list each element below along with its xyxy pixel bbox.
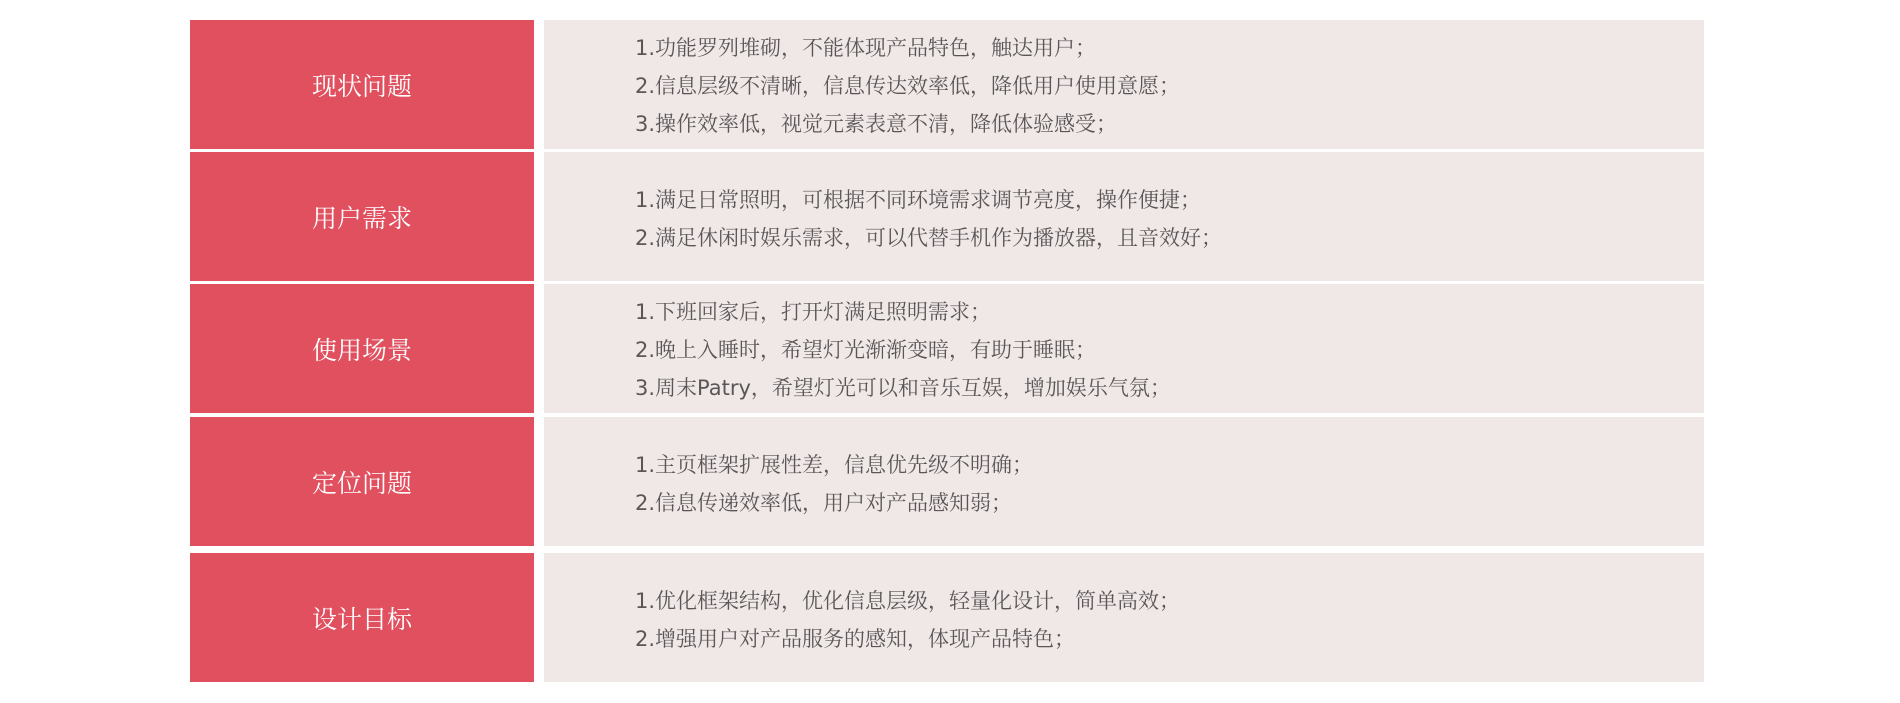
- row-design-goals: 设计目标 1.优化框架结构，优化信息层级，轻量化设计，简单高效； 2.增强用户对…: [190, 553, 1704, 682]
- list-item: 2.晚上入睡时，希望灯光渐渐变暗，有助于睡眠；: [635, 331, 1171, 369]
- row-label: 使用场景: [312, 331, 412, 367]
- list-item: 2.信息层级不清晰，信息传达效率低，降低用户使用意愿；: [635, 67, 1180, 105]
- item-list: 1.优化框架结构，优化信息层级，轻量化设计，简单高效； 2.增强用户对产品服务的…: [635, 582, 1180, 658]
- content-cell: 1.主页框架扩展性差，信息优先级不明确； 2.信息传递效率低，用户对产品感知弱；: [544, 417, 1704, 546]
- list-item: 1.主页框架扩展性差，信息优先级不明确；: [635, 446, 1033, 484]
- list-item: 2.增强用户对产品服务的感知，体现产品特色；: [635, 620, 1180, 658]
- content-cell: 1.优化框架结构，优化信息层级，轻量化设计，简单高效； 2.增强用户对产品服务的…: [544, 553, 1704, 682]
- row-label: 用户需求: [312, 199, 412, 235]
- content-cell: 1.满足日常照明，可根据不同环境需求调节亮度，操作便捷； 2.满足休闲时娱乐需求…: [544, 152, 1704, 281]
- label-cell: 设计目标: [190, 553, 534, 682]
- list-item: 1.功能罗列堆砌，不能体现产品特色，触达用户；: [635, 29, 1180, 67]
- row-label: 现状问题: [312, 67, 412, 103]
- list-item: 1.下班回家后，打开灯满足照明需求；: [635, 293, 1171, 331]
- row-user-needs: 用户需求 1.满足日常照明，可根据不同环境需求调节亮度，操作便捷； 2.满足休闲…: [190, 152, 1704, 281]
- item-list: 1.功能罗列堆砌，不能体现产品特色，触达用户； 2.信息层级不清晰，信息传达效率…: [635, 29, 1180, 143]
- row-label: 设计目标: [312, 600, 412, 636]
- list-item: 1.满足日常照明，可根据不同环境需求调节亮度，操作便捷；: [635, 181, 1222, 219]
- content-cell: 1.功能罗列堆砌，不能体现产品特色，触达用户； 2.信息层级不清晰，信息传达效率…: [544, 20, 1704, 149]
- row-current-problems: 现状问题 1.功能罗列堆砌，不能体现产品特色，触达用户； 2.信息层级不清晰，信…: [190, 20, 1704, 149]
- list-item: 3.操作效率低，视觉元素表意不清，降低体验感受；: [635, 105, 1180, 143]
- item-list: 1.满足日常照明，可根据不同环境需求调节亮度，操作便捷； 2.满足休闲时娱乐需求…: [635, 181, 1222, 257]
- label-cell: 用户需求: [190, 152, 534, 281]
- list-item: 2.满足休闲时娱乐需求，可以代替手机作为播放器，且音效好；: [635, 219, 1222, 257]
- content-cell: 1.下班回家后，打开灯满足照明需求； 2.晚上入睡时，希望灯光渐渐变暗，有助于睡…: [544, 284, 1704, 413]
- item-list: 1.下班回家后，打开灯满足照明需求； 2.晚上入睡时，希望灯光渐渐变暗，有助于睡…: [635, 293, 1171, 407]
- list-item: 3.周末Patry，希望灯光可以和音乐互娱，增加娱乐气氛；: [635, 369, 1171, 407]
- item-list: 1.主页框架扩展性差，信息优先级不明确； 2.信息传递效率低，用户对产品感知弱；: [635, 446, 1033, 522]
- row-label: 定位问题: [312, 464, 412, 500]
- label-cell: 现状问题: [190, 20, 534, 149]
- row-usage-scenarios: 使用场景 1.下班回家后，打开灯满足照明需求； 2.晚上入睡时，希望灯光渐渐变暗…: [190, 284, 1704, 413]
- list-item: 1.优化框架结构，优化信息层级，轻量化设计，简单高效；: [635, 582, 1180, 620]
- label-cell: 定位问题: [190, 417, 534, 546]
- row-positioning-problems: 定位问题 1.主页框架扩展性差，信息优先级不明确； 2.信息传递效率低，用户对产…: [190, 417, 1704, 546]
- label-cell: 使用场景: [190, 284, 534, 413]
- list-item: 2.信息传递效率低，用户对产品感知弱；: [635, 484, 1033, 522]
